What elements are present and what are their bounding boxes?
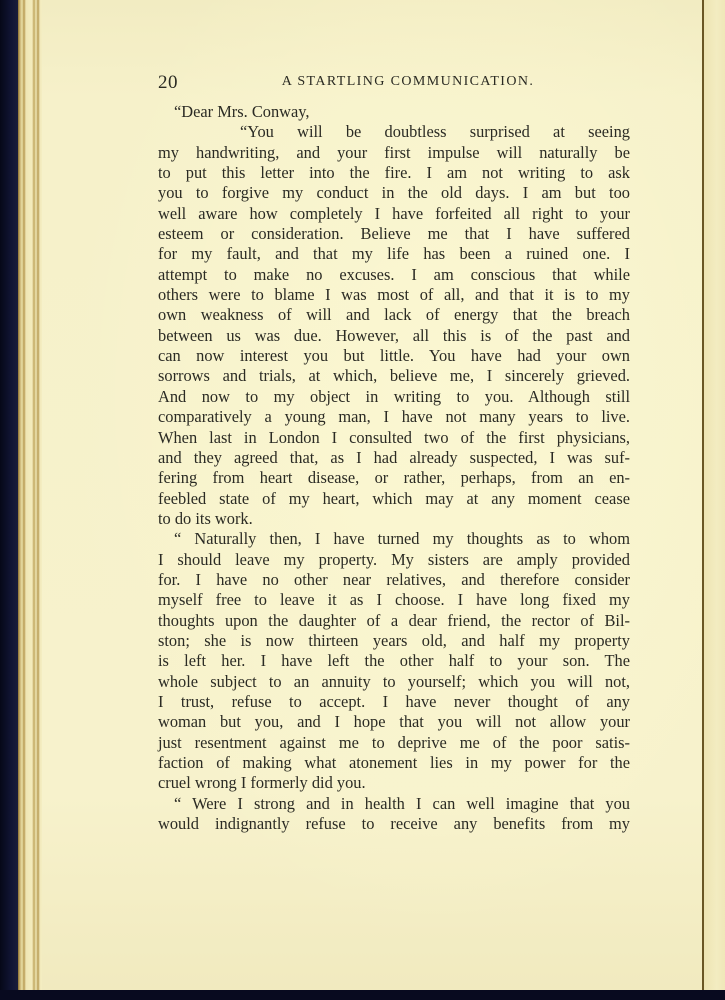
text-line: “You will be doubtless surprised at seei… — [158, 122, 630, 142]
text-line: comparatively a young man, I have not ma… — [158, 407, 630, 427]
text-line: and they agreed that, as I had already s… — [158, 448, 630, 468]
text-line: can now interest you but little. You hav… — [158, 346, 630, 366]
text-line: is left her. I have left the other half … — [158, 651, 630, 671]
text-line: esteem or consideration. Believe me that… — [158, 224, 630, 244]
text-line: whole subject to an annuity to yourself;… — [158, 672, 630, 692]
book-binding — [0, 0, 18, 1000]
text-line: cruel wrong I formerly did you. — [158, 773, 630, 793]
next-page-edge — [704, 0, 725, 995]
text-line: between us was due. However, all this is… — [158, 326, 630, 346]
scanned-book-page: 20 A STARTLING COMMUNICATION. “Dear Mrs.… — [0, 0, 725, 1000]
text-line: for my fault, and that my life has been … — [158, 244, 630, 264]
text-line: to do its work. — [158, 509, 630, 529]
text-line: feebled state of my heart, which may at … — [158, 489, 630, 509]
text-line: “ Were I strong and in health I can well… — [158, 794, 630, 814]
text-line: others were to blame I was most of all, … — [158, 285, 630, 305]
text-line: And now to my object in writing to you. … — [158, 387, 630, 407]
text-line: myself free to leave it as I choose. I h… — [158, 590, 630, 610]
letter-salutation: “Dear Mrs. Conway, — [158, 102, 630, 122]
running-title: A STARTLING COMMUNICATION. — [158, 74, 630, 90]
text-line: for. I have no other near relatives, and… — [158, 570, 630, 590]
text-line: attempt to make no excuses. I am conscio… — [158, 265, 630, 285]
letter-body: “Dear Mrs. Conway, “You will be doubtles… — [158, 102, 630, 834]
text-line: would indignantly refuse to receive any … — [158, 814, 630, 834]
text-line: my handwriting, and your first impulse w… — [158, 143, 630, 163]
text-line: ston; she is now thirteen years old, and… — [158, 631, 630, 651]
text-line: I trust, refuse to accept. I have never … — [158, 692, 630, 712]
text-line: well aware how completely I have forfeit… — [158, 204, 630, 224]
text-line: own weakness of will and lack of energy … — [158, 305, 630, 325]
running-head: 20 A STARTLING COMMUNICATION. — [158, 72, 630, 96]
text-line: When last in London I consulted two of t… — [158, 428, 630, 448]
text-line: to put this letter into the fire. I am n… — [158, 163, 630, 183]
text-line: thoughts upon the daughter of a dear fri… — [158, 611, 630, 631]
text-line: I should leave my property. My sisters a… — [158, 550, 630, 570]
text-line: you to forgive my conduct in the old day… — [158, 183, 630, 203]
text-line: woman but you, and I hope that you will … — [158, 712, 630, 732]
text-line: faction of making what atonement lies in… — [158, 753, 630, 773]
text-line: “ Naturally then, I have turned my thoug… — [158, 529, 630, 549]
text-line: sorrows and trials, at which, believe me… — [158, 366, 630, 386]
scan-bottom-border — [0, 990, 725, 1000]
text-line: fering from heart disease, or rather, pe… — [158, 468, 630, 488]
gilt-page-edges — [18, 0, 42, 995]
text-line: just resentment against me to deprive me… — [158, 733, 630, 753]
